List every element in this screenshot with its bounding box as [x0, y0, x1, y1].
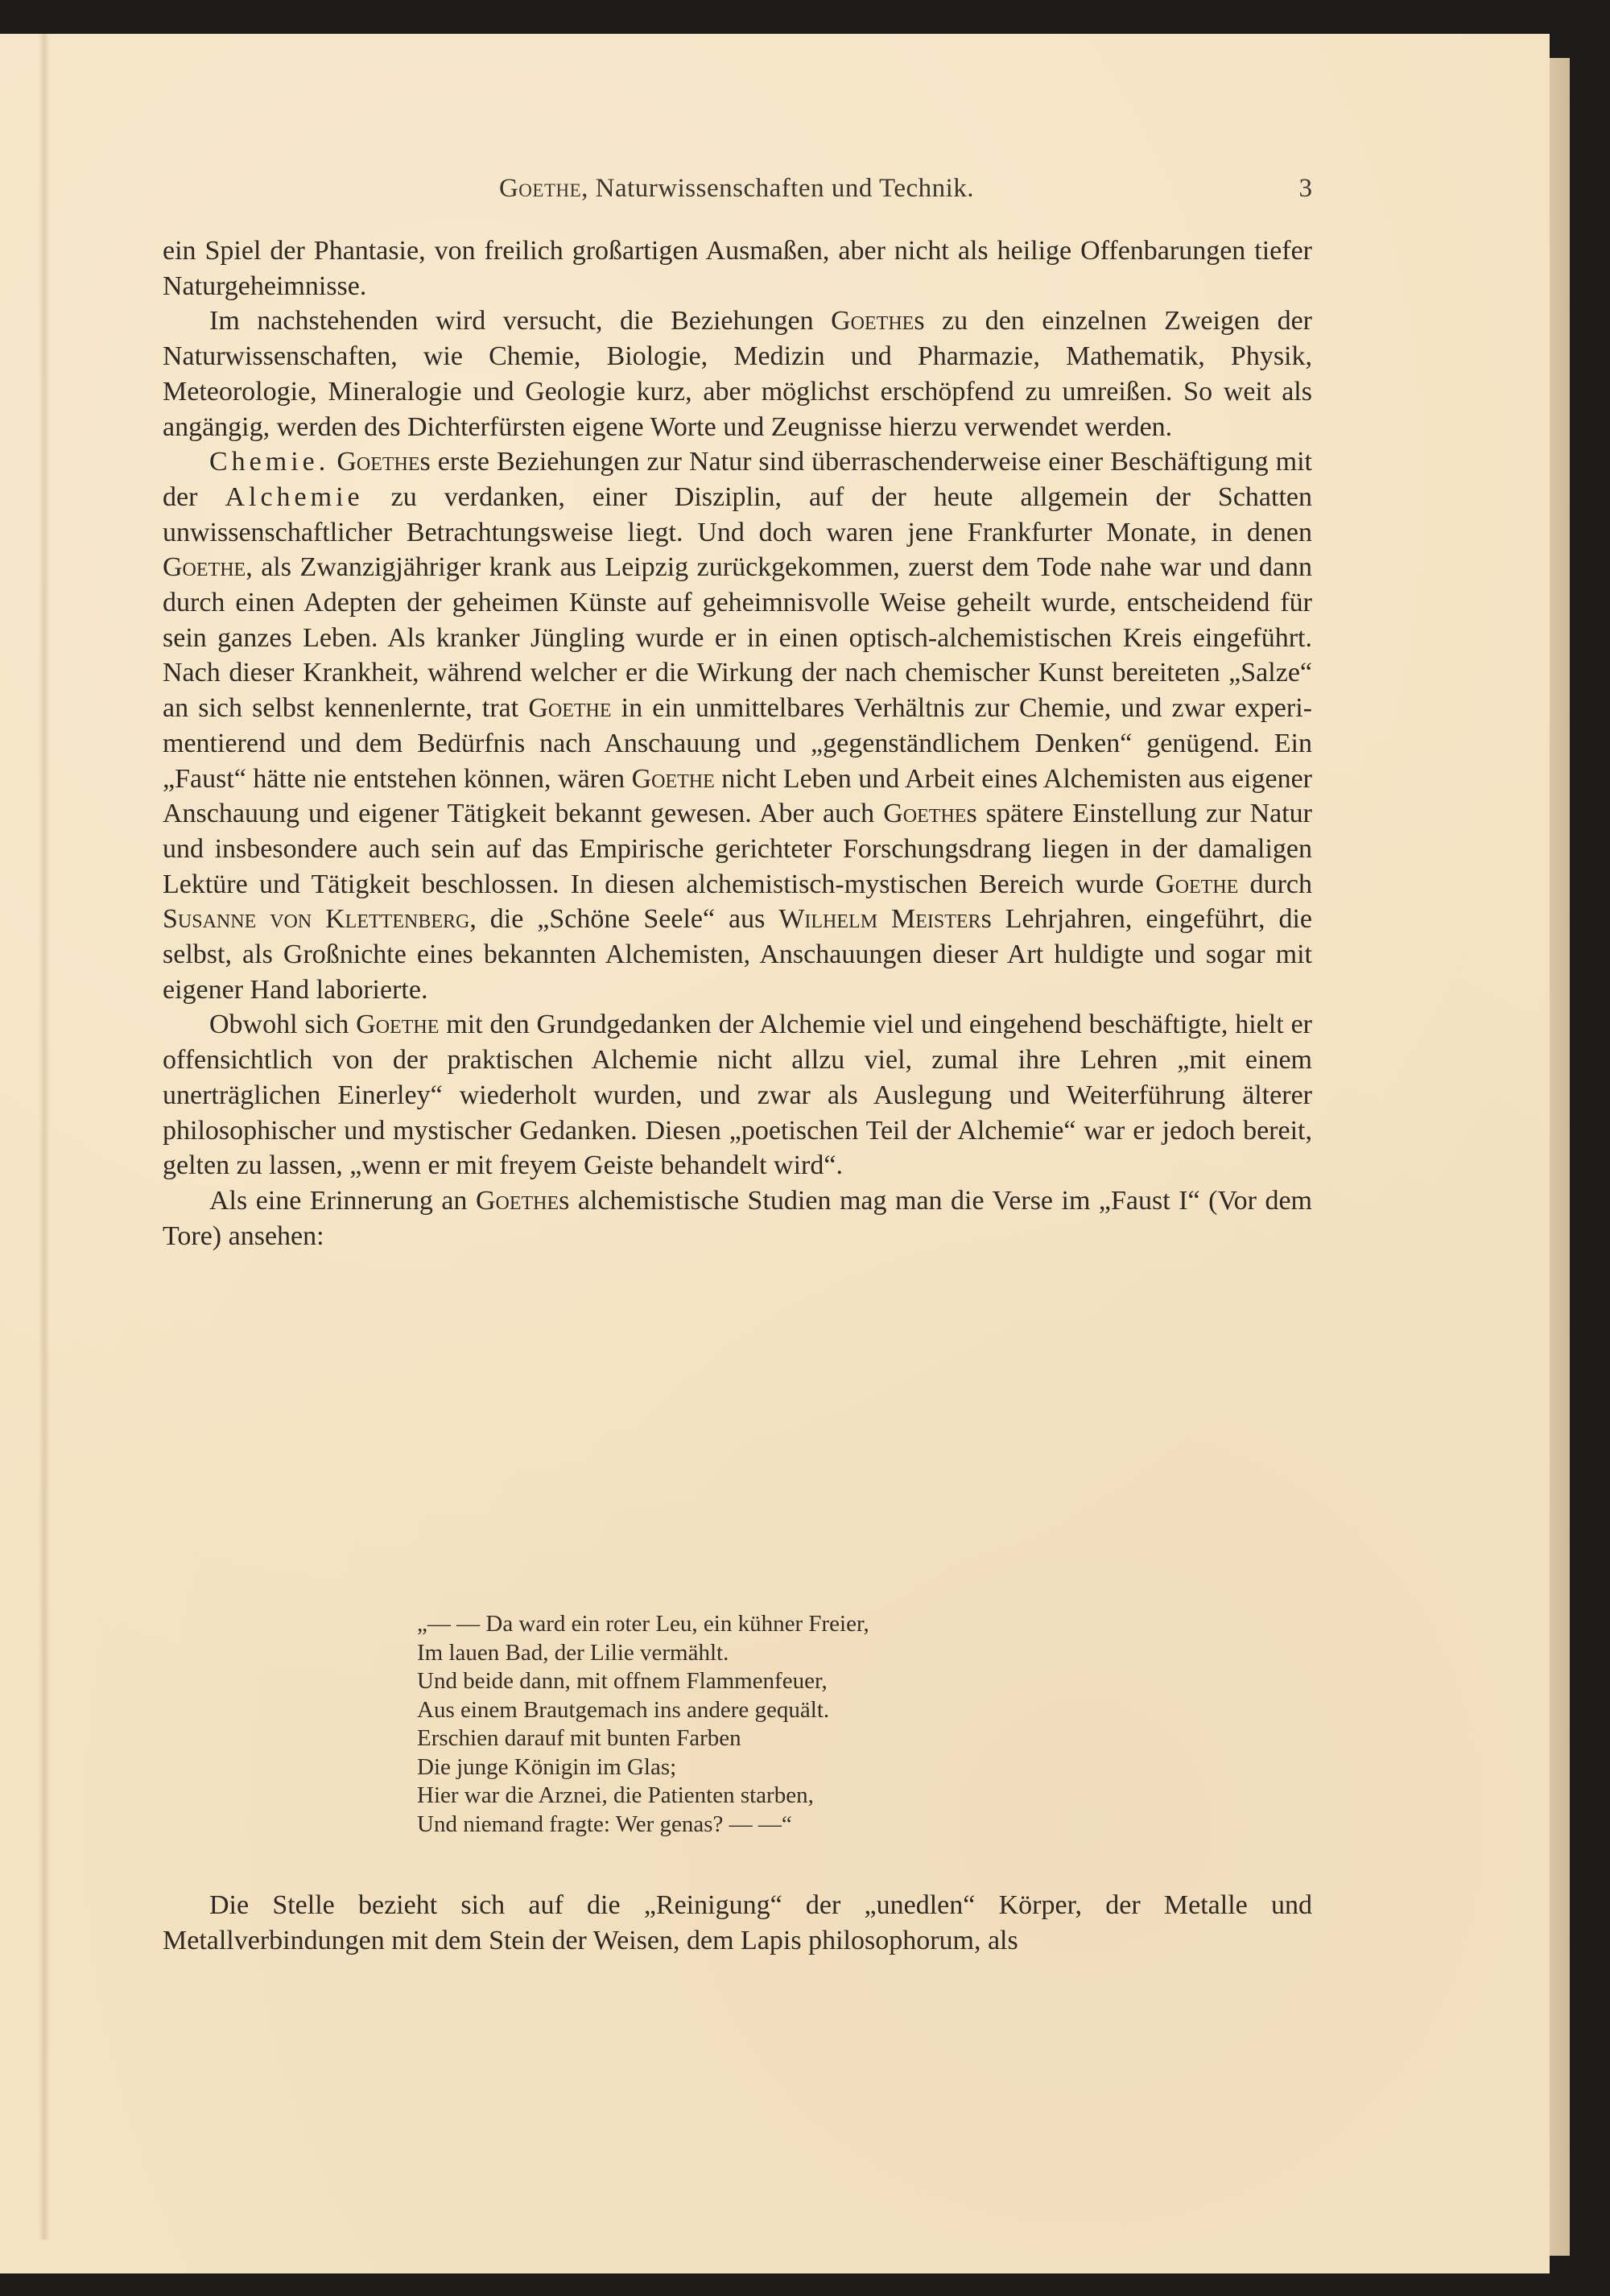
text-run: Forschungsdrang	[843, 834, 1031, 864]
paragraph-stelle: Die Stelle bezieht sich auf die „Reinigu…	[163, 1888, 1312, 1958]
verse-line: Hier war die Arznei, die Patienten starb…	[417, 1782, 869, 1811]
text-run: Als eine Erinnerung an	[209, 1186, 476, 1216]
name-goethe: Goethe	[528, 693, 611, 723]
name-goethe: Goethe	[632, 764, 715, 794]
name-goethe: Goethe	[356, 1010, 439, 1039]
paragraph-erinnerung: Als eine Erinnerung an Goethes alchemist…	[163, 1183, 1312, 1253]
name-goethe: Goethe	[476, 1186, 559, 1216]
running-head-title: Goethe, Naturwissenschaften und Technik.	[161, 174, 1312, 204]
text-run: s	[981, 904, 992, 934]
verse-line: Die junge Königin im Glas;	[417, 1753, 869, 1782]
body-text: ein Spiel der Phantasie, von freilich gr…	[163, 233, 1312, 1253]
name-goethe: Goethe	[163, 552, 246, 582]
text-run: s	[559, 1186, 569, 1216]
verse-line: Und niemand fragte: Wer genas? — —“	[417, 1811, 869, 1840]
text-run: s	[914, 306, 924, 336]
paragraph-chemie: Chemie. Goethes erste Beziehungen zur Na…	[163, 444, 1312, 1007]
text-run: Obwohl sich	[209, 1010, 356, 1039]
text-run: , die „Schöne Seele“ aus	[469, 904, 778, 934]
text-run: durch	[1238, 869, 1312, 899]
text-run: Im nachstehenden wird versucht, die Bezi…	[209, 306, 831, 336]
name-goethe: Goethe	[831, 306, 914, 336]
text-run: s	[966, 799, 976, 828]
paragraph-obwohl: Obwohl sich Goethe mit den Grundgedanken…	[163, 1007, 1312, 1183]
emphasis-alchemie: Alchemie	[225, 482, 363, 512]
text-run	[329, 447, 336, 477]
faust-verse-quote: „— — Da ward ein roter Leu, ein kühner F…	[417, 1610, 869, 1839]
author-smallcaps: Goethe	[499, 174, 581, 203]
verse-line: Im lauen Bad, der Lilie vermählt.	[417, 1639, 869, 1668]
text-run: s	[420, 447, 431, 477]
page-number: 3	[1299, 174, 1313, 204]
name-susanne-von-klettenberg: Susanne von Klettenberg	[163, 904, 469, 934]
paragraph-2: Im nachstehenden wird versucht, die Bezi…	[163, 304, 1312, 444]
gutter-fold	[39, 34, 50, 2240]
verse-line: „— — Da ward ein roter Leu, ein kühner F…	[417, 1610, 869, 1639]
name-goethe: Goethe	[883, 799, 966, 828]
section-heading-chemie: Chemie.	[209, 447, 329, 477]
verse-line: Aus einem Brautgemach ins andere gequält…	[417, 1696, 869, 1725]
paragraph-1: ein Spiel der Phantasie, von freilich gr…	[163, 233, 1312, 304]
name-wilhelm-meister: Wilhelm Meister	[778, 904, 980, 934]
running-head: Goethe, Naturwissenschaften und Technik.…	[161, 174, 1312, 214]
running-head-rest: , Naturwissenschaften und Technik.	[581, 174, 974, 203]
verse-line: Und beide dann, mit offnem Flammenfeuer,	[417, 1667, 869, 1696]
page-stack-edge	[1550, 58, 1570, 2256]
verse-line: Erschien darauf mit bunten Farben	[417, 1724, 869, 1753]
body-text-continued: Die Stelle bezieht sich auf die „Reinigu…	[163, 1888, 1312, 1958]
name-goethe: Goethe	[336, 447, 419, 477]
name-goethe: Goethe	[1155, 869, 1238, 899]
